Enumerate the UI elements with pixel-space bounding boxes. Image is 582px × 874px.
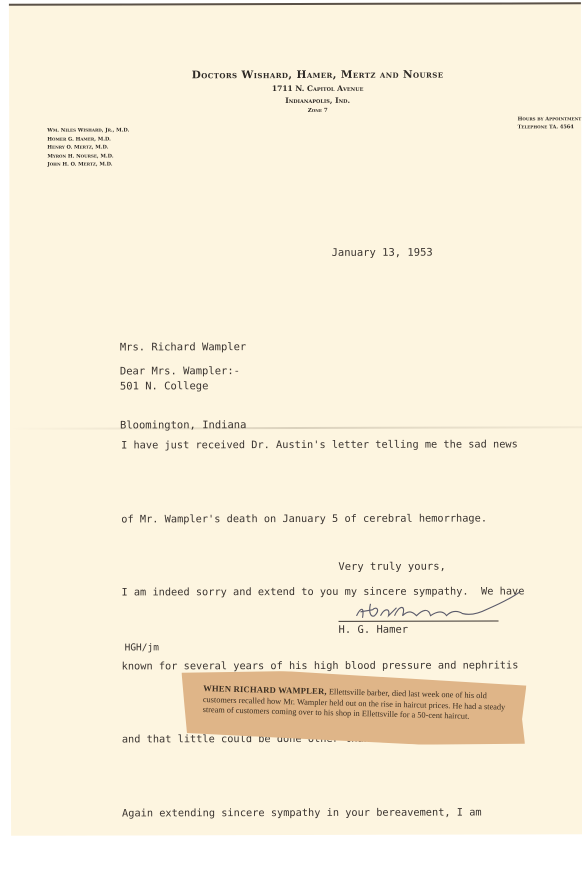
signer-name: H. G. Hamer bbox=[339, 624, 409, 636]
body-line: of Mr. Wampler's death on January 5 of c… bbox=[121, 506, 524, 532]
salutation: Dear Mrs. Wampler:- bbox=[120, 365, 240, 377]
firm-name: Doctors Wishard, Hamer, Mertz and Nourse bbox=[54, 68, 581, 81]
recipient-line: Mrs. Richard Wampler bbox=[120, 341, 246, 354]
doctor-name: Wm. Niles Wishard, Jr., M.D. bbox=[47, 126, 129, 135]
closing: Very truly yours, bbox=[338, 561, 445, 573]
doctors-list: Wm. Niles Wishard, Jr., M.D. Homer G. Ha… bbox=[47, 126, 129, 169]
letter-page: Doctors Wishard, Hamer, Mertz and Nourse… bbox=[9, 2, 582, 835]
firm-zone: Zone 7 bbox=[54, 107, 581, 114]
clipping-text: WHEN RICHARD WAMPLER, Ellettsville barbe… bbox=[203, 683, 519, 723]
body-line: I have just received Dr. Austin's letter… bbox=[121, 432, 524, 458]
doctor-name: Homer G. Hamer, M.D. bbox=[47, 135, 129, 144]
letter-date: January 13, 1953 bbox=[332, 247, 433, 259]
letterhead: Doctors Wishard, Hamer, Mertz and Nourse… bbox=[9, 68, 581, 114]
firm-address: 1711 N. Capitol Avenue bbox=[54, 83, 581, 93]
office-hours: Hours by Appointment Telephone TA. 4564 bbox=[518, 115, 582, 131]
doctor-name: John H. O. Mertz, M.D. bbox=[47, 160, 129, 169]
body-line: Again extending sincere sympathy in your… bbox=[122, 800, 525, 826]
hours-text: Hours by Appointment bbox=[518, 115, 582, 123]
doctor-name: Myron H. Nourse, M.D. bbox=[47, 152, 129, 161]
firm-city: Indianapolis, Ind. bbox=[54, 95, 581, 105]
letter-body: I have just received Dr. Austin's letter… bbox=[121, 383, 525, 874]
typist-initials: HGH/jm bbox=[125, 642, 159, 653]
telephone-text: Telephone TA. 4564 bbox=[518, 123, 582, 131]
doctor-name: Henry O. Mertz, M.D. bbox=[47, 143, 129, 152]
